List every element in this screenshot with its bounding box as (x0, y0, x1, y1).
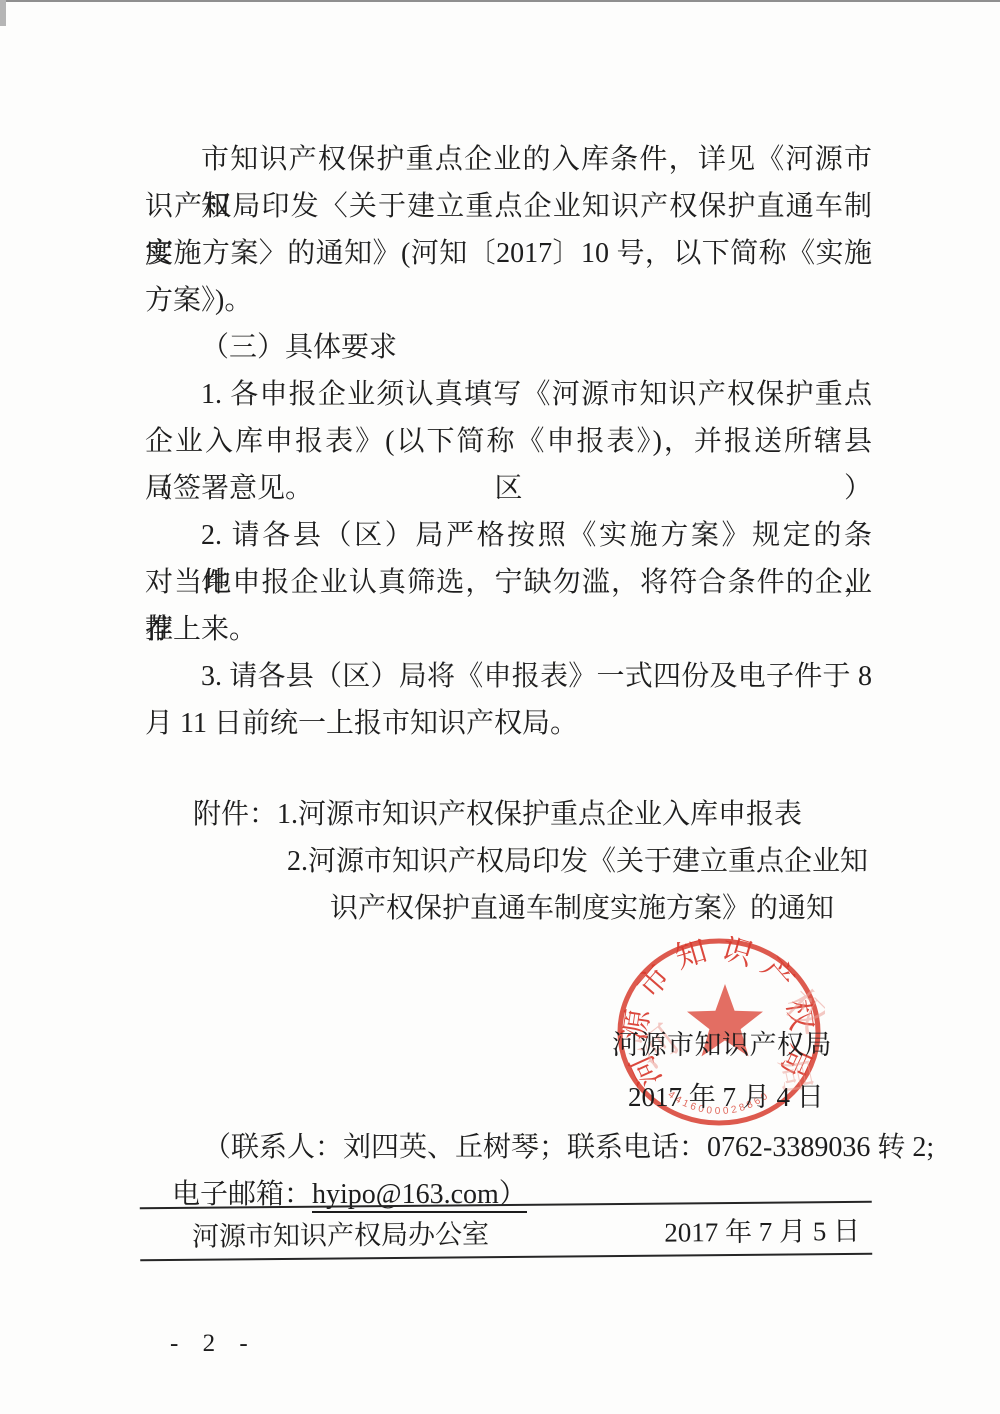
attachments-list: 附件：1.河源市知识产权保护重点企业入库申报表 2.河源市知识产权局印发《关于建… (145, 791, 872, 932)
issuing-date: 2017 年 7 月 5 日 (664, 1208, 872, 1249)
body-line: 2. 请各县（区）局严格按照《实施方案》规定的条件， (145, 512, 872, 559)
scan-corner-mark (0, 0, 6, 26)
body-text: 市知识产权保护重点企业的入库条件，详见《河源市知 识产权局印发〈关于建立重点企业… (145, 136, 872, 747)
body-line: 1. 各申报企业须认真填写《河源市知识产权保护重点 (145, 371, 872, 418)
attachment-item-2-cont: 识产权保护直通车制度实施方案》的通知 (145, 885, 872, 932)
signing-date: 2017 年 7 月 4 日 (628, 1080, 824, 1114)
attachments-label: 附件： (193, 799, 277, 830)
section-heading: （三）具体要求 (145, 324, 872, 371)
body-line: 识产权局印发〈关于建立重点企业知识产权保护直通车制度 (145, 183, 872, 230)
attachment-item-2: 2.河源市知识产权局印发《关于建立重点企业知 (145, 838, 872, 885)
issuing-office: 河源市知识产权局办公室 (140, 1212, 489, 1254)
document-page: 市知识产权保护重点企业的入库条件，详见《河源市知 识产权局印发〈关于建立重点企业… (0, 0, 1000, 1414)
body-line: 月 11 日前统一上报市知识产权局。 (145, 700, 872, 747)
body-line: 市知识产权保护重点企业的入库条件，详见《河源市知 (145, 136, 872, 183)
body-line: 企业入库申报表》(以下简称《申报表》)，并报送所辖县（区） (145, 418, 872, 465)
body-line: 3. 请各县（区）局将《申报表》一式四份及电子件于 8 (145, 653, 872, 700)
body-line: 方案》)。 (145, 277, 872, 324)
attachment-item-1: 1.河源市知识产权保护重点企业入库申报表 (277, 799, 802, 830)
attachment-line: 附件：1.河源市知识产权保护重点企业入库申报表 (145, 791, 872, 838)
issuing-footer: 河源市知识产权局办公室 2017 年 7 月 5 日 (140, 1201, 872, 1261)
body-line: 对当地申报企业认真筛选，宁缺勿滥，将符合条件的企业推 (145, 559, 872, 606)
body-line: 荐上来。 (145, 606, 872, 653)
body-line: 实施方案〉的通知》(河知〔2017〕10 号，以下简称《实施 (145, 230, 872, 277)
contact-line: （联系人：刘四英、丘树琴；联系电话：0762-3389036 转 2; (145, 1124, 885, 1171)
scan-edge-line (0, 0, 1000, 2)
signing-agency: 河源市知识产权局 (612, 1028, 832, 1062)
page-number: - 2 - (170, 1330, 257, 1358)
